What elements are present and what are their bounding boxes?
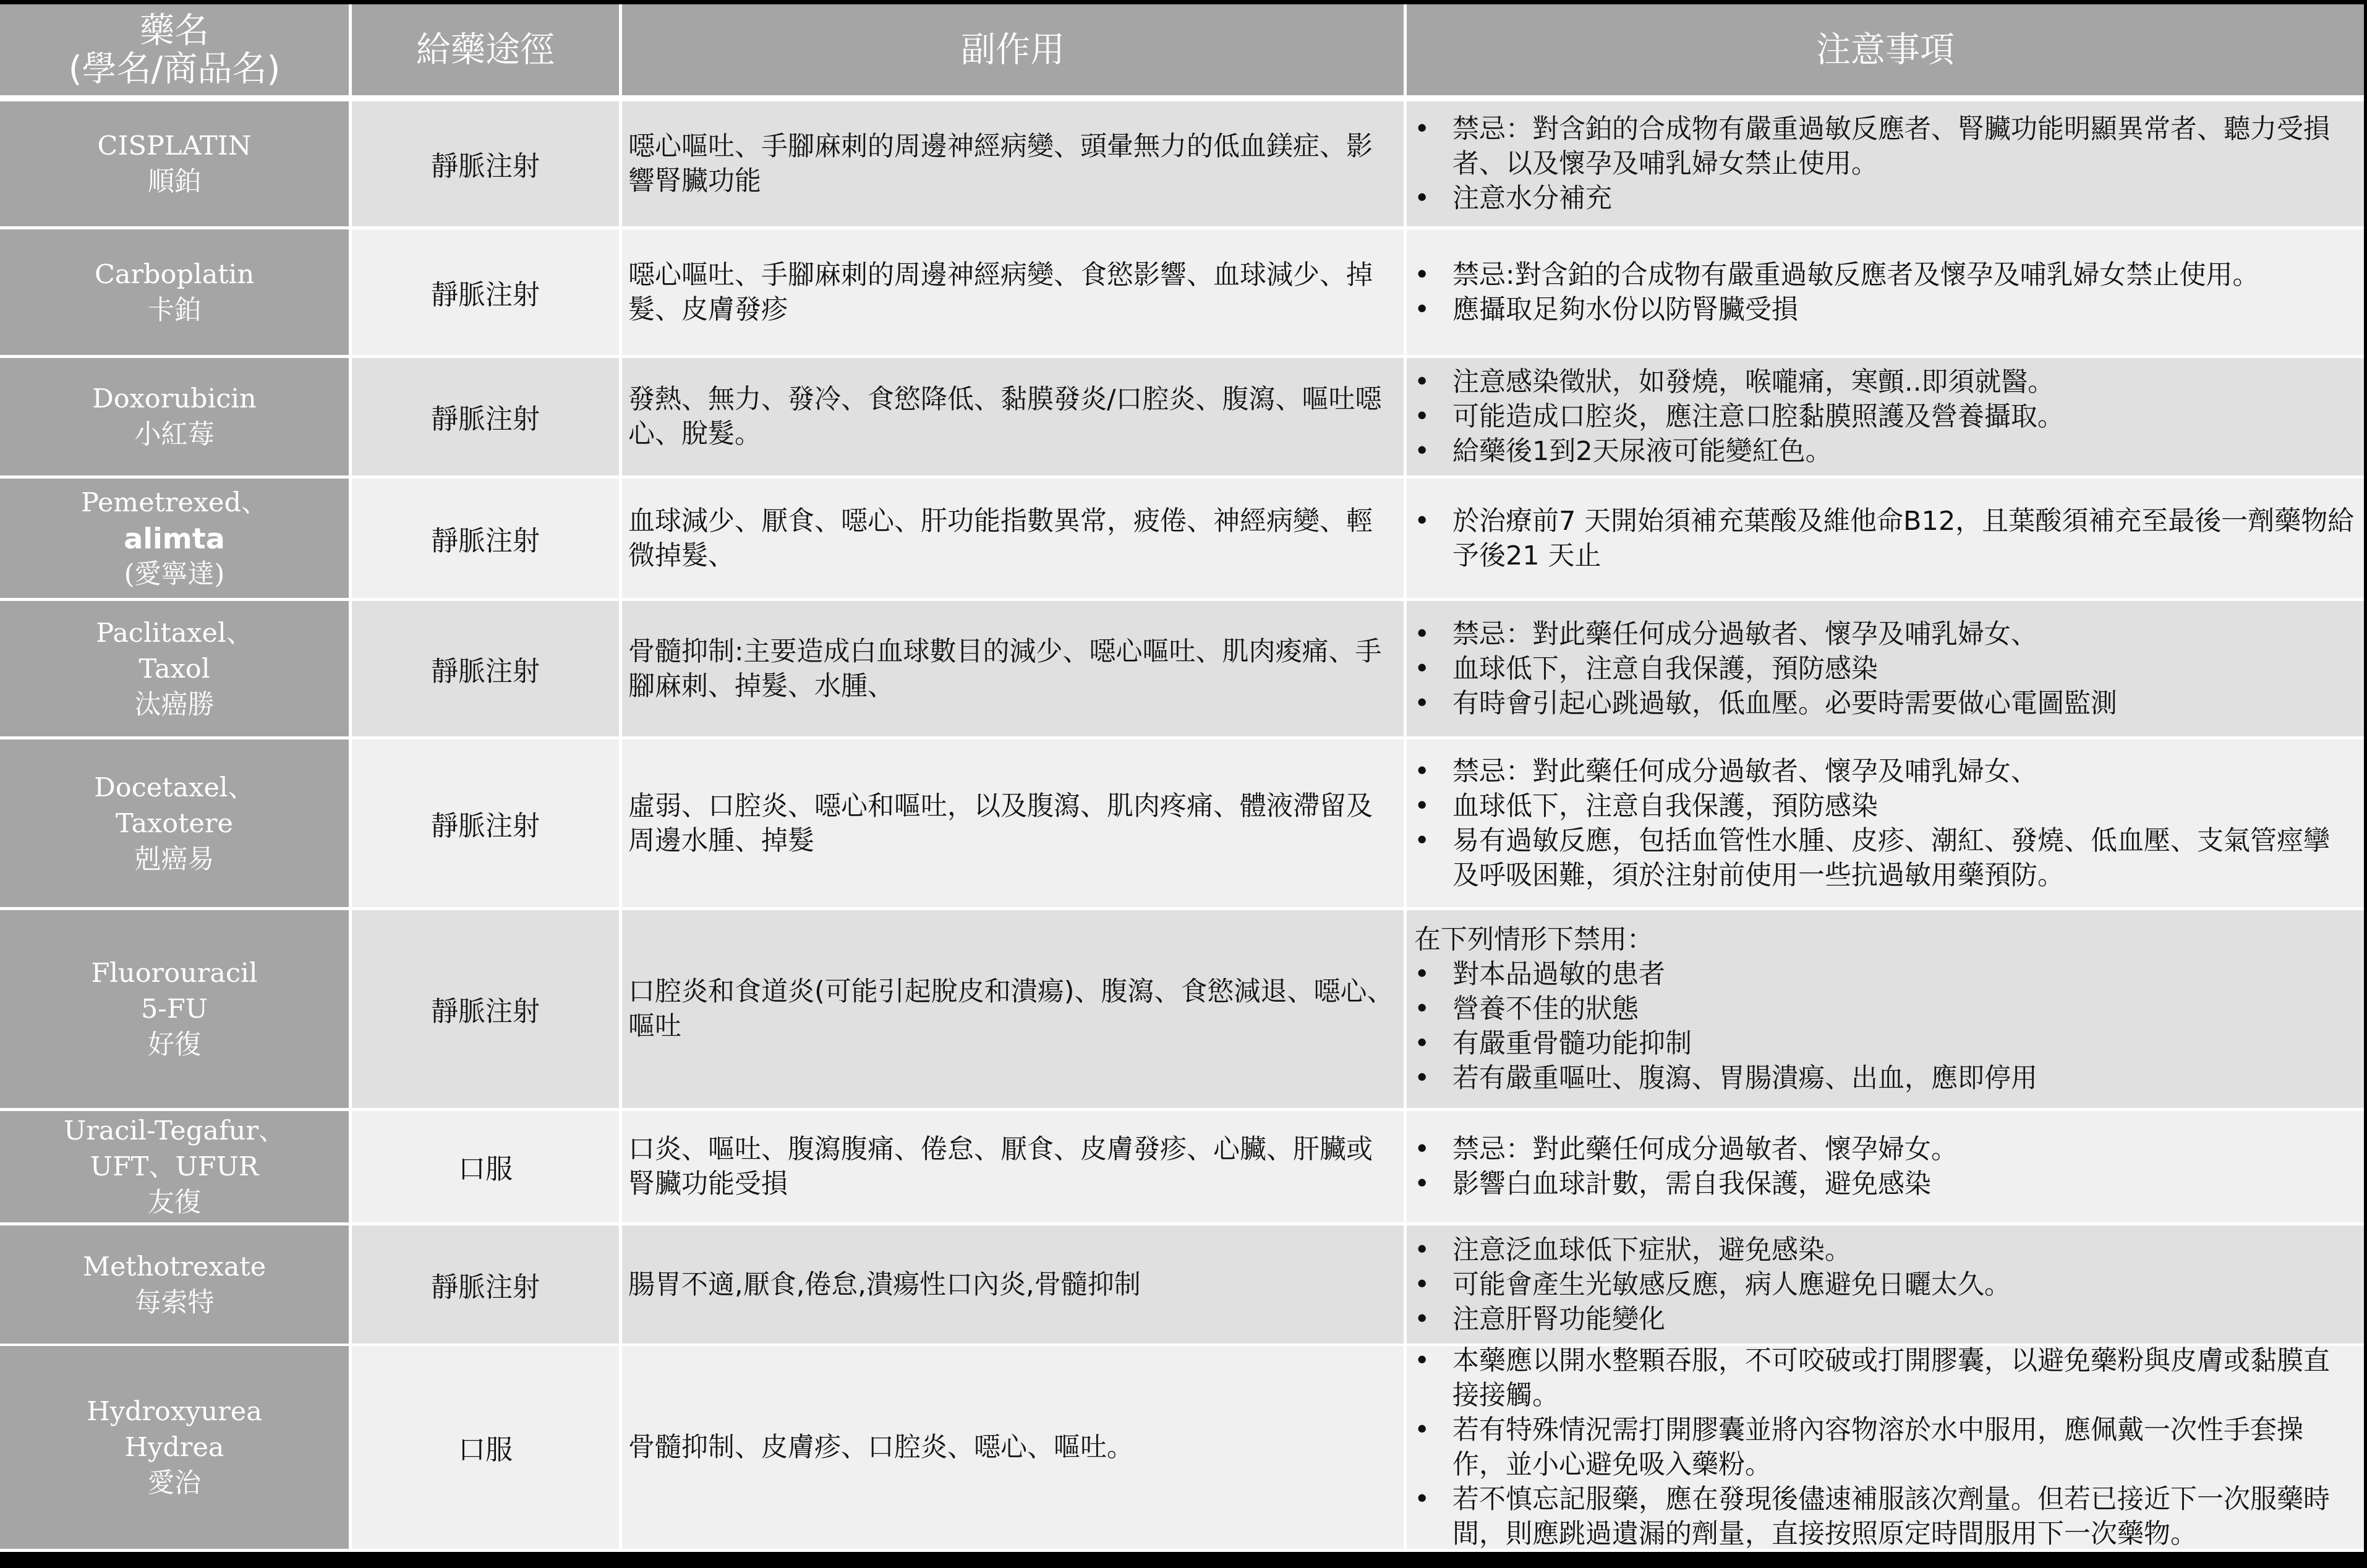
notes-cell: 禁忌：對此藥任何成分過敏者、懷孕婦女。影響白血球計數，需自我保護，避免感染 xyxy=(1407,1111,2364,1222)
notes-list: 本藥應以開水整顆吞服，不可咬破或打開膠囊，以避免藥粉與皮膚或黏膜直接接觸。若有特… xyxy=(1414,1344,2355,1551)
header-notes: 注意事項 xyxy=(1407,4,2364,95)
side-effects-cell: 骨髓抑制、皮膚疹、口腔炎、噁心、嘔吐。 xyxy=(622,1346,1404,1549)
notes-list-item: 若有特殊情況需打開膠囊並將內容物溶於水中服用，應佩戴一次性手套操作，並小心避免吸… xyxy=(1414,1413,2355,1482)
notes-list-item: 給藥後1到2天尿液可能變紅色。 xyxy=(1414,434,2355,469)
notes-list: 對本品過敏的患者營養不佳的狀態有嚴重骨髓功能抑制若有嚴重嘔吐、腹瀉、胃腸潰瘍、出… xyxy=(1414,957,2355,1096)
side-effects-cell: 虛弱、口腔炎、噁心和嘔吐，以及腹瀉、肌肉疼痛、體液滯留及周邊水腫、掉髮 xyxy=(622,739,1404,907)
notes-list: 禁忌：對此藥任何成分過敏者、懷孕及哺乳婦女、血球低下，注意自我保護，預防感染有時… xyxy=(1414,617,2355,721)
side-effects-cell: 骨髓抑制:主要造成白血球數目的減少、噁心嘔吐、肌肉痠痛、手腳麻刺、掉髮、水腫、 xyxy=(622,601,1404,736)
notes-list-item: 禁忌：對此藥任何成分過敏者、懷孕及哺乳婦女、 xyxy=(1414,617,2355,652)
route-cell: 口服 xyxy=(352,1111,619,1222)
notes-list-item: 可能造成口腔炎，應注意口腔黏膜照護及營養攝取。 xyxy=(1414,399,2355,434)
drug-name-line: Taxol xyxy=(139,651,210,687)
notes-list-item: 若有嚴重嘔吐、腹瀉、胃腸潰瘍、出血，應即停用 xyxy=(1414,1061,2355,1096)
side-effects-cell: 噁心嘔吐、手腳麻刺的周邊神經病變、頭暈無力的低血鎂症、影響腎臟功能 xyxy=(622,101,1404,226)
side-effects-cell: 口炎、嘔吐、腹瀉腹痛、倦怠、厭食、皮膚發疹、心臟、肝臟或腎臟功能受損 xyxy=(622,1111,1404,1222)
notes-list-item: 易有過敏反應，包括血管性水腫、皮疹、潮紅、發燒、低血壓、支氣管痙攣及呼吸困難，須… xyxy=(1414,824,2355,893)
side-effects-text: 噁心嘔吐、手腳麻刺的周邊神經病變、食慾影響、血球減少、掉髮、皮膚發疹 xyxy=(628,258,1397,327)
drug-name-cell: Docetaxel、Taxotere剋癌易 xyxy=(0,739,349,907)
drug-name-line: 每索特 xyxy=(135,1285,215,1321)
notes-list: 禁忌：對含鉑的合成物有嚴重過敏反應者、腎臟功能明顯異常者、聽力受損者、以及懷孕及… xyxy=(1414,112,2355,216)
header-drug-name-line2: (學名/商品名) xyxy=(69,50,281,88)
side-effects-text: 口腔炎和食道炎(可能引起脫皮和潰瘍)、腹瀉、食慾減退、噁心、嘔吐 xyxy=(628,974,1397,1044)
notes-cell: 禁忌：對此藥任何成分過敏者、懷孕及哺乳婦女、血球低下，注意自我保護，預防感染有時… xyxy=(1407,601,2364,736)
route-cell: 靜脈注射 xyxy=(352,479,619,598)
notes-cell: 注意感染徵狀，如發燒，喉嚨痛，寒顫..即須就醫。可能造成口腔炎，應注意口腔黏膜照… xyxy=(1407,358,2364,475)
notes-list: 禁忌:對含鉑的合成物有嚴重過敏反應者及懷孕及哺乳婦女禁止使用。應攝取足夠水份以防… xyxy=(1414,258,2355,327)
drug-name-line: 小紅莓 xyxy=(135,417,215,453)
notes-list: 禁忌：對此藥任何成分過敏者、懷孕及哺乳婦女、血球低下，注意自我保護，預防感染易有… xyxy=(1414,754,2355,893)
notes-cell: 禁忌：對含鉑的合成物有嚴重過敏反應者、腎臟功能明顯異常者、聽力受損者、以及懷孕及… xyxy=(1407,101,2364,226)
drug-name-line: Doxorubicin xyxy=(92,381,257,417)
drug-name-line: CISPLATIN xyxy=(98,128,252,164)
route-text: 靜脈注射 xyxy=(431,144,540,184)
notes-list-item: 影響白血球計數，需自我保護，避免感染 xyxy=(1414,1167,2355,1201)
route-cell: 靜脈注射 xyxy=(352,101,619,226)
drug-name-cell: Paclitaxel、Taxol汰癌勝 xyxy=(0,601,349,736)
drug-name-line: Carboplatin xyxy=(95,257,254,292)
drug-name-cell: Fluorouracil5-FU好復 xyxy=(0,910,349,1108)
notes-list: 注意感染徵狀，如發燒，喉嚨痛，寒顫..即須就醫。可能造成口腔炎，應注意口腔黏膜照… xyxy=(1414,365,2355,469)
drug-name-line: Uracil-Tegafur、 xyxy=(64,1113,285,1149)
notes-list-item: 營養不佳的狀態 xyxy=(1414,992,2355,1026)
notes-list-item: 可能會產生光敏感反應，病人應避免日曬太久。 xyxy=(1414,1268,2355,1302)
side-effects-text: 發熱、無力、發冷、食慾降低、黏膜發炎/口腔炎、腹瀉、嘔吐噁心、脫髮。 xyxy=(628,382,1397,451)
drug-name-cell: HydroxyureaHydrea愛治 xyxy=(0,1346,349,1549)
route-cell: 靜脈注射 xyxy=(352,229,619,355)
notes-cell: 本藥應以開水整顆吞服，不可咬破或打開膠囊，以避免藥粉與皮膚或黏膜直接接觸。若有特… xyxy=(1407,1346,2364,1549)
notes-cell: 在下列情形下禁用：對本品過敏的患者營養不佳的狀態有嚴重骨髓功能抑制若有嚴重嘔吐、… xyxy=(1407,910,2364,1108)
notes-intro: 在下列情形下禁用： xyxy=(1414,922,2355,957)
drug-name-line: Methotrexate xyxy=(83,1249,266,1285)
drug-name-line: Taxotere xyxy=(116,806,233,842)
header-route: 給藥途徑 xyxy=(352,4,619,95)
header-drug-name: 藥名 (學名/商品名) xyxy=(0,4,349,95)
drug-name-line: 剋癌易 xyxy=(135,842,215,877)
notes-cell: 注意泛血球低下症狀，避免感染。可能會產生光敏感反應，病人應避免日曬太久。注意肝腎… xyxy=(1407,1225,2364,1344)
notes-list-item: 禁忌：對此藥任何成分過敏者、懷孕及哺乳婦女、 xyxy=(1414,754,2355,789)
side-effects-text: 骨髓抑制、皮膚疹、口腔炎、噁心、嘔吐。 xyxy=(628,1430,1397,1465)
drug-name-line: Hydrea xyxy=(125,1430,224,1465)
drug-name-line: 卡鉑 xyxy=(148,292,201,328)
drug-name-line: 友復 xyxy=(148,1185,201,1221)
notes-list: 禁忌：對此藥任何成分過敏者、懷孕婦女。影響白血球計數，需自我保護，避免感染 xyxy=(1414,1132,2355,1201)
drug-name-line: 汰癌勝 xyxy=(135,687,215,723)
drug-name-cell: CISPLATIN順鉑 xyxy=(0,101,349,226)
notes-list-item: 本藥應以開水整顆吞服，不可咬破或打開膠囊，以避免藥粉與皮膚或黏膜直接接觸。 xyxy=(1414,1344,2355,1413)
drug-name-line: Paclitaxel、 xyxy=(96,615,253,651)
route-cell: 靜脈注射 xyxy=(352,601,619,736)
route-text: 靜脈注射 xyxy=(431,397,540,437)
notes-list-item: 禁忌：對含鉑的合成物有嚴重過敏反應者、腎臟功能明顯異常者、聽力受損者、以及懷孕及… xyxy=(1414,112,2355,181)
notes-list-item: 若不慎忘記服藥，應在發現後儘速補服該次劑量。但若已接近下一次服藥時間，則應跳過遺… xyxy=(1414,1482,2355,1551)
side-effects-cell: 噁心嘔吐、手腳麻刺的周邊神經病變、食慾影響、血球減少、掉髮、皮膚發疹 xyxy=(622,229,1404,355)
route-text: 靜脈注射 xyxy=(431,804,540,843)
drug-name-line: 順鉑 xyxy=(148,164,201,200)
side-effects-text: 噁心嘔吐、手腳麻刺的周邊神經病變、頭暈無力的低血鎂症、影響腎臟功能 xyxy=(628,129,1397,198)
route-cell: 靜脈注射 xyxy=(352,1225,619,1344)
notes-list-item: 注意感染徵狀，如發燒，喉嚨痛，寒顫..即須就醫。 xyxy=(1414,365,2355,399)
route-cell: 口服 xyxy=(352,1346,619,1549)
route-text: 口服 xyxy=(458,1428,513,1467)
drug-name-cell: Pemetrexed、alimta(愛寧達) xyxy=(0,479,349,598)
route-cell: 靜脈注射 xyxy=(352,910,619,1108)
notes-list-item: 禁忌:對含鉑的合成物有嚴重過敏反應者及懷孕及哺乳婦女禁止使用。 xyxy=(1414,258,2355,292)
drug-name-line: Hydroxyurea xyxy=(87,1394,262,1430)
notes-list-item: 注意水分補充 xyxy=(1414,181,2355,216)
notes-list-item: 注意泛血球低下症狀，避免感染。 xyxy=(1414,1233,2355,1268)
route-text: 靜脈注射 xyxy=(431,1265,540,1305)
header-side-effects: 副作用 xyxy=(622,4,1404,95)
route-text: 靜脈注射 xyxy=(431,273,540,312)
drug-name-line: Docetaxel、 xyxy=(94,770,254,806)
side-effects-text: 血球減少、厭食、噁心、肝功能指數異常，疲倦、神經病變、輕微掉髮、 xyxy=(628,504,1397,573)
route-text: 口服 xyxy=(458,1147,513,1187)
side-effects-cell: 口腔炎和食道炎(可能引起脫皮和潰瘍)、腹瀉、食慾減退、噁心、嘔吐 xyxy=(622,910,1404,1108)
notes-list-item: 對本品過敏的患者 xyxy=(1414,957,2355,992)
drug-name-line: 好復 xyxy=(148,1027,201,1063)
notes-list-item: 注意肝腎功能變化 xyxy=(1414,1302,2355,1337)
side-effects-text: 骨髓抑制:主要造成白血球數目的減少、噁心嘔吐、肌肉痠痛、手腳麻刺、掉髮、水腫、 xyxy=(628,634,1397,704)
drug-name-line: Pemetrexed、 xyxy=(81,485,268,521)
notes-list-item: 於治療前7 天開始須補充葉酸及維他命B12，且葉酸須補充至最後一劑藥物給予後21… xyxy=(1414,504,2355,573)
drug-name-line: UFT、UFUR xyxy=(90,1149,258,1185)
notes-list-item: 有時會引起心跳過敏，低血壓。必要時需要做心電圖監測 xyxy=(1414,686,2355,721)
route-cell: 靜脈注射 xyxy=(352,739,619,907)
notes-list-item: 血球低下，注意自我保護，預防感染 xyxy=(1414,789,2355,824)
route-text: 靜脈注射 xyxy=(431,649,540,689)
drug-name-cell: Uracil-Tegafur、UFT、UFUR友復 xyxy=(0,1111,349,1222)
route-text: 靜脈注射 xyxy=(431,519,540,558)
notes-list: 於治療前7 天開始須補充葉酸及維他命B12，且葉酸須補充至最後一劑藥物給予後21… xyxy=(1414,504,2355,573)
drug-name-cell: Methotrexate每索特 xyxy=(0,1225,349,1344)
header-drug-name-line1: 藥名 xyxy=(140,12,209,50)
drug-name-line: Fluorouracil xyxy=(91,955,257,991)
drug-table: 藥名 (學名/商品名) 給藥途徑 副作用 注意事項 CISPLATIN順鉑靜脈注… xyxy=(0,4,2364,1552)
side-effects-text: 腸胃不適,厭食,倦怠,潰瘍性口內炎,骨髓抑制 xyxy=(628,1268,1397,1302)
notes-list-item: 有嚴重骨髓功能抑制 xyxy=(1414,1026,2355,1061)
notes-list-item: 應攝取足夠水份以防腎臟受損 xyxy=(1414,292,2355,327)
drug-name-line: 5-FU xyxy=(141,991,208,1027)
notes-list-item: 禁忌：對此藥任何成分過敏者、懷孕婦女。 xyxy=(1414,1132,2355,1167)
route-text: 靜脈注射 xyxy=(431,989,540,1029)
notes-cell: 禁忌:對含鉑的合成物有嚴重過敏反應者及懷孕及哺乳婦女禁止使用。應攝取足夠水份以防… xyxy=(1407,229,2364,355)
side-effects-cell: 腸胃不適,厭食,倦怠,潰瘍性口內炎,骨髓抑制 xyxy=(622,1225,1404,1344)
drug-name-cell: Doxorubicin小紅莓 xyxy=(0,358,349,475)
drug-name-line: alimta xyxy=(124,521,225,556)
side-effects-cell: 發熱、無力、發冷、食慾降低、黏膜發炎/口腔炎、腹瀉、嘔吐噁心、脫髮。 xyxy=(622,358,1404,475)
side-effects-text: 虛弱、口腔炎、噁心和嘔吐，以及腹瀉、肌肉疼痛、體液滯留及周邊水腫、掉髮 xyxy=(628,789,1397,858)
notes-cell: 禁忌：對此藥任何成分過敏者、懷孕及哺乳婦女、血球低下，注意自我保護，預防感染易有… xyxy=(1407,739,2364,907)
notes-list-item: 血球低下，注意自我保護，預防感染 xyxy=(1414,652,2355,686)
drug-name-line: (愛寧達) xyxy=(124,556,225,592)
side-effects-text: 口炎、嘔吐、腹瀉腹痛、倦怠、厭食、皮膚發疹、心臟、肝臟或腎臟功能受損 xyxy=(628,1132,1397,1201)
notes-cell: 於治療前7 天開始須補充葉酸及維他命B12，且葉酸須補充至最後一劑藥物給予後21… xyxy=(1407,479,2364,598)
drug-name-cell: Carboplatin卡鉑 xyxy=(0,229,349,355)
route-cell: 靜脈注射 xyxy=(352,358,619,475)
notes-list: 注意泛血球低下症狀，避免感染。可能會產生光敏感反應，病人應避免日曬太久。注意肝腎… xyxy=(1414,1233,2355,1337)
side-effects-cell: 血球減少、厭食、噁心、肝功能指數異常，疲倦、神經病變、輕微掉髮、 xyxy=(622,479,1404,598)
drug-name-line: 愛治 xyxy=(148,1465,201,1501)
